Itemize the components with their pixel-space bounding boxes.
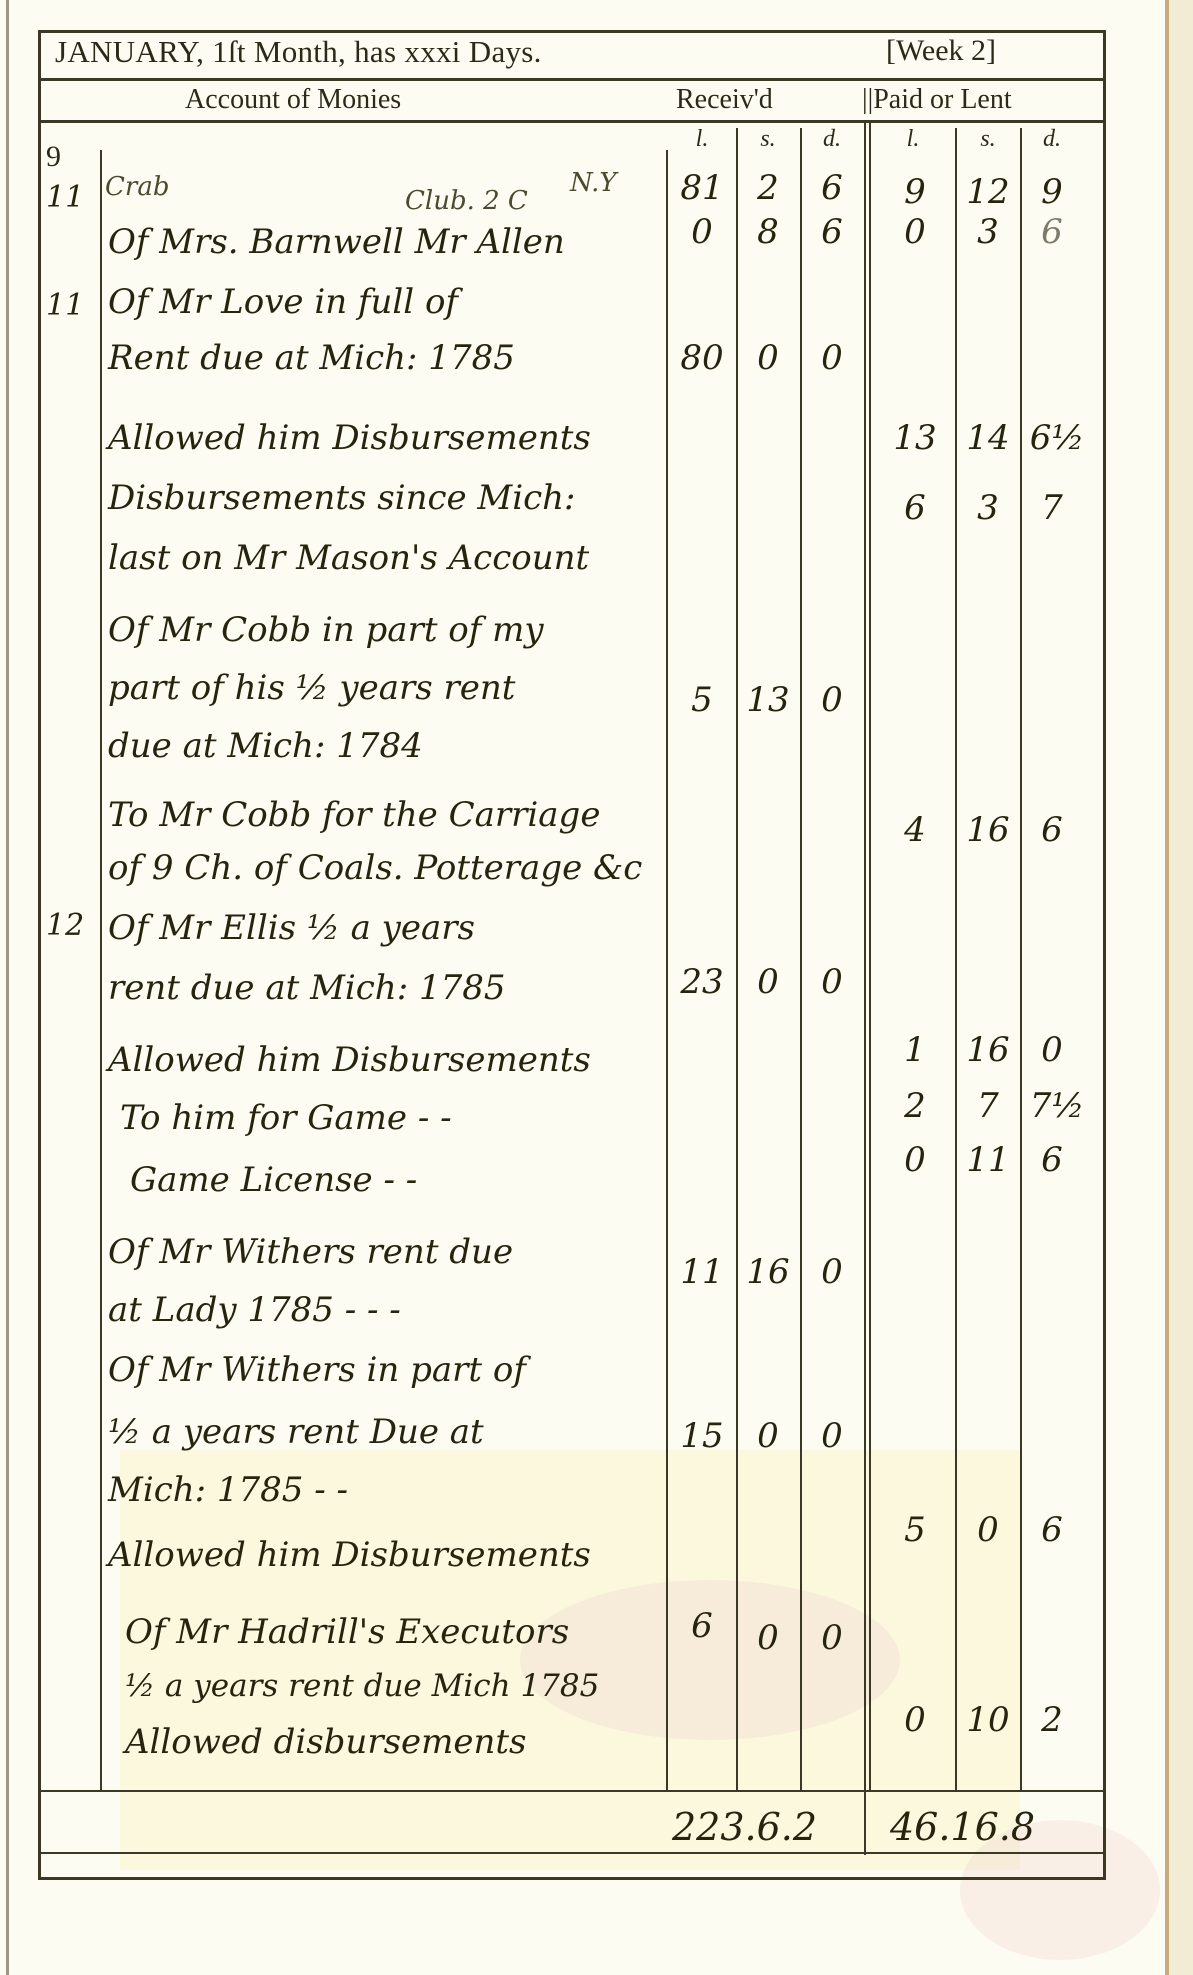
entry-description: Of Mr Withers rent due: [108, 1232, 513, 1272]
paid-shillings: 16: [958, 810, 1018, 850]
paid-shillings: 3: [958, 212, 1018, 252]
recv-shillings: 13: [738, 680, 798, 720]
paid-shillings: 0: [958, 1510, 1018, 1550]
entry-description: rent due at Mich: 1785: [108, 968, 506, 1008]
recv-shillings: 16: [738, 1252, 798, 1292]
paid-pounds: 0: [880, 1700, 950, 1740]
paid-l-rule: [955, 128, 957, 1790]
recv-pounds: 6: [672, 1606, 732, 1646]
title-rule: [38, 78, 1106, 81]
double-rule-a: [864, 120, 866, 1855]
entry-description: at Lady 1785 - - -: [108, 1290, 401, 1330]
page-title: JANUARY, 1ſt Month, has xxxi Days.: [55, 34, 542, 70]
recv-shillings: 0: [738, 1618, 798, 1658]
recv-shillings-header: s.: [738, 126, 798, 153]
entry-description: ½ a years rent Due at: [108, 1412, 484, 1452]
recv-pence: 0: [802, 1618, 862, 1658]
paid-pounds: 2: [880, 1086, 950, 1126]
recv-shillings: 2: [738, 168, 798, 208]
paid-shillings: 12: [958, 172, 1018, 212]
recv-pounds: 81: [672, 168, 732, 208]
paid-pence: 0: [1022, 1030, 1082, 1070]
recv-pounds: 80: [672, 338, 732, 378]
recv-shillings: 0: [738, 1416, 798, 1456]
recv-pence: 0: [802, 962, 862, 1002]
entry-description: Game License - -: [130, 1160, 417, 1200]
entry-date: 11: [46, 288, 84, 323]
entry-description: part of his ½ years rent: [108, 668, 515, 708]
annotation: N.Y: [570, 168, 617, 198]
recv-pounds-header: l.: [672, 126, 732, 153]
paid-shillings: 16: [958, 1030, 1018, 1070]
account-label: Account of Monies: [185, 84, 401, 116]
entry-description: Of Mr Hadrill's Executors: [125, 1612, 569, 1652]
paid-pence: 6½: [1022, 418, 1092, 458]
entry-description: To him for Game - -: [120, 1098, 452, 1138]
entry-description: Allowed disbursements: [125, 1722, 527, 1762]
entry-description: ½ a years rent due Mich 1785: [125, 1668, 599, 1704]
entry-date: 12: [46, 908, 84, 943]
entry-description: Allowed him Disbursements: [108, 418, 591, 458]
paid-shillings: 10: [958, 1700, 1018, 1740]
paid-pence: 6: [1022, 1510, 1082, 1550]
recv-pounds: 15: [672, 1416, 732, 1456]
paid-pounds: 1: [880, 1030, 950, 1070]
double-rule-b: [869, 120, 871, 1790]
paid-pence: 6: [1022, 212, 1082, 252]
paid-pounds: 13: [880, 418, 950, 458]
paid-pounds: 9: [880, 172, 950, 212]
recv-pence: 0: [802, 338, 862, 378]
entry-description: Allowed him Disbursements: [108, 1040, 591, 1080]
paid-pounds: 0: [880, 1140, 950, 1180]
paid-pounds-header: l.: [883, 126, 943, 153]
paid-pence-header: d.: [1022, 126, 1082, 153]
entry-description: last on Mr Mason's Account: [108, 538, 589, 578]
entry-description: Allowed him Disbursements: [108, 1535, 591, 1575]
page-edge-left: [6, 0, 9, 1975]
paid-pounds: 6: [880, 488, 950, 528]
entry-description: Rent due at Mich: 1785: [108, 338, 515, 378]
totals-bottom-rule: [38, 1852, 1106, 1854]
date-column-rule: [100, 150, 102, 1790]
paid-pounds: 0: [880, 212, 950, 252]
totals-top-rule: [38, 1790, 1106, 1792]
recv-shillings: 0: [738, 962, 798, 1002]
recv-pence: 6: [802, 168, 862, 208]
entry-description: Of Mr Withers in part of: [108, 1350, 526, 1390]
recv-pence: 0: [802, 1252, 862, 1292]
entry-description: due at Mich: 1784: [108, 726, 423, 766]
paid-shillings: 3: [958, 488, 1018, 528]
paid-pence: 2: [1022, 1700, 1082, 1740]
entry-description: of 9 Ch. of Coals. Potterage &c: [108, 848, 642, 888]
paid-shillings: 7: [958, 1086, 1018, 1126]
page-gutter: [1169, 0, 1193, 1975]
received-total: 223.6.2: [672, 1805, 817, 1849]
entry-description: Disbursements since Mich:: [108, 478, 576, 518]
paid-pence: 7: [1022, 488, 1082, 528]
paid-shillings: 14: [958, 418, 1018, 458]
paid-total: 46.16.8: [890, 1805, 1035, 1849]
recv-pounds: 0: [672, 212, 732, 252]
recv-pounds: 11: [672, 1252, 732, 1292]
recv-shillings: 8: [738, 212, 798, 252]
received-label: Receiv'd: [676, 84, 773, 116]
paid-pence: 6: [1022, 1140, 1082, 1180]
recv-pence: 0: [802, 680, 862, 720]
entry-date: 11: [46, 180, 84, 215]
entry-description: Mich: 1785 - -: [108, 1470, 348, 1510]
paid-pence: 9: [1022, 172, 1082, 212]
recv-pence: 6: [802, 212, 862, 252]
entry-description: To Mr Cobb for the Carriage: [108, 795, 600, 835]
paid-shillings: 11: [958, 1140, 1018, 1180]
entry-description: Of Mr Love in full of: [108, 282, 458, 322]
entry-date: 9: [46, 140, 61, 174]
week-label: [Week 2]: [886, 34, 996, 68]
paid-pounds: 5: [880, 1510, 950, 1550]
entry-description: Of Mr Ellis ½ a years: [108, 908, 475, 948]
recv-shillings: 0: [738, 338, 798, 378]
paid-pence: 7½: [1022, 1086, 1092, 1126]
annotation: Club. 2 C: [405, 186, 528, 216]
paid-pounds: 4: [880, 810, 950, 850]
paid-label: ||Paid or Lent: [862, 84, 1012, 116]
paid-shillings-header: s.: [958, 126, 1018, 153]
entry-description: Of Mr Cobb in part of my: [108, 610, 544, 650]
paid-pence: 6: [1022, 810, 1082, 850]
header-rule: [38, 120, 1106, 123]
recv-pounds: 5: [672, 680, 732, 720]
recv-pence-header: d.: [802, 126, 862, 153]
recv-pence: 0: [802, 1416, 862, 1456]
desc-column-rule: [666, 150, 668, 1790]
annotation: Crab: [105, 172, 169, 202]
entry-description: Of Mrs. Barnwell Mr Allen: [108, 222, 565, 262]
recv-pounds: 23: [672, 962, 732, 1002]
